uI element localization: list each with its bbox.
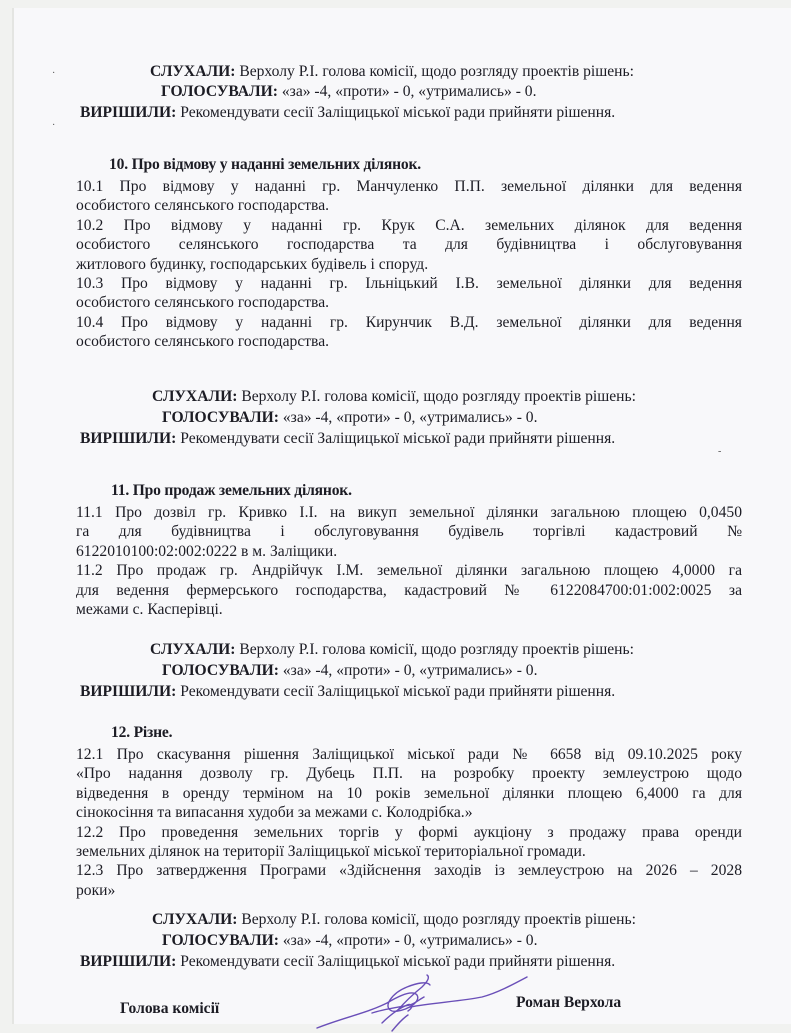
decided-line: ВИРІШИЛИ: Рекомендувати сесії Заліщицько… bbox=[80, 104, 615, 122]
decided-label: ВИРІШИЛИ: bbox=[80, 104, 176, 121]
decided-text: Рекомендувати сесії Заліщицької міської … bbox=[180, 430, 615, 447]
section-line: земельних ділянок на території Заліщицьк… bbox=[76, 842, 742, 861]
voted-text: «за» -4, «проти» - 0, «утримались» - 0. bbox=[283, 662, 538, 679]
heard-label: СЛУХАЛИ: bbox=[152, 388, 237, 405]
section-line: 10.1 Про відмову у наданні гр. Манчуленк… bbox=[76, 177, 742, 196]
heard-label: СЛУХАЛИ: bbox=[150, 63, 235, 80]
heard-text: Верхолу Р.І. голова комісії, щодо розгля… bbox=[241, 388, 636, 405]
section-heading: 11. Про продаж земельних ділянок. bbox=[111, 482, 352, 500]
scan-speck: · bbox=[52, 120, 55, 131]
section-line: 10.4 Про відмову у наданні гр. Кирунчик … bbox=[76, 313, 742, 332]
heard-line: СЛУХАЛИ: Верхолу Р.І. голова комісії, що… bbox=[150, 63, 634, 81]
decided-line: ВИРІШИЛИ: Рекомендувати сесії Заліщицько… bbox=[80, 430, 615, 448]
decided-text: Рекомендувати сесії Заліщицької міської … bbox=[180, 953, 615, 970]
section-body: 12.1 Про скасування рішення Заліщицької … bbox=[76, 745, 742, 900]
decided-line: ВИРІШИЛИ: Рекомендувати сесії Заліщицько… bbox=[80, 953, 615, 971]
section-line: 10.2 Про відмову у наданні гр. Крук С.А.… bbox=[76, 216, 742, 235]
section-line: особистого селянського господарства. bbox=[76, 293, 742, 312]
heard-text: Верхолу Р.І. голова комісії, щодо розгля… bbox=[239, 641, 634, 658]
section-heading: 10. Про відмову у наданні земельних діля… bbox=[109, 156, 421, 174]
section-line: роки» bbox=[76, 881, 742, 900]
heard-line: СЛУХАЛИ: Верхолу Р.І. голова комісії, що… bbox=[150, 641, 634, 659]
voted-line: ГОЛОСУВАЛИ: «за» -4, «проти» - 0, «утрим… bbox=[161, 83, 537, 101]
voted-line: ГОЛОСУВАЛИ: «за» -4, «проти» - 0, «утрим… bbox=[162, 932, 538, 950]
heard-text: Верхолу Р.І. голова комісії, щодо розгля… bbox=[239, 63, 634, 80]
section-body: 11.1 Про дозвіл гр. Кривко І.І. на викуп… bbox=[76, 503, 742, 619]
section-heading: 12. Різне. bbox=[111, 724, 172, 742]
decided-label: ВИРІШИЛИ: bbox=[80, 953, 176, 970]
scan-speck: - bbox=[718, 446, 721, 457]
decided-line: ВИРІШИЛИ: Рекомендувати сесії Заліщицько… bbox=[80, 683, 615, 701]
voted-text: «за» -4, «проти» - 0, «утримались» - 0. bbox=[282, 83, 537, 100]
section-line: 11.2 Про продаж гр. Андрійчук І.М. земел… bbox=[76, 561, 742, 580]
heard-line: СЛУХАЛИ: Верхолу Р.І. голова комісії, що… bbox=[152, 911, 636, 929]
voted-line: ГОЛОСУВАЛИ: «за» -4, «проти» - 0, «утрим… bbox=[162, 409, 538, 427]
section-line: 6122010100:02:002:0222 в м. Заліщики. bbox=[76, 542, 742, 561]
decided-text: Рекомендувати сесії Заліщицької міської … bbox=[180, 683, 615, 700]
section-line: 12.1 Про скасування рішення Заліщицької … bbox=[76, 745, 742, 764]
section-line: особистого селянського господарства та д… bbox=[76, 235, 742, 254]
signature-role: Голова комісії bbox=[120, 1000, 219, 1018]
section-line: 12.2 Про проведення земельних торгів у ф… bbox=[76, 823, 742, 842]
section-line: особистого селянського господарства. bbox=[76, 332, 742, 351]
document-page: СЛУХАЛИ: Верхолу Р.І. голова комісії, що… bbox=[12, 8, 791, 1024]
heard-line: СЛУХАЛИ: Верхолу Р.І. голова комісії, що… bbox=[152, 388, 636, 406]
section-line: га для будівництва і обслуговування буді… bbox=[76, 522, 742, 541]
section-body: 10.1 Про відмову у наданні гр. Манчуленк… bbox=[76, 177, 742, 352]
section-line: відведення в оренду терміном на 10 років… bbox=[76, 784, 742, 803]
section-line: для ведення фермерського господарства, к… bbox=[76, 581, 742, 600]
section-line: 10.3 Про відмову у наданні гр. Ільніцьки… bbox=[76, 274, 742, 293]
decided-text: Рекомендувати сесії Заліщицької міської … bbox=[180, 104, 615, 121]
heard-label: СЛУХАЛИ: bbox=[150, 641, 235, 658]
section-line: особистого селянського господарства. bbox=[76, 196, 742, 215]
voted-text: «за» -4, «проти» - 0, «утримались» - 0. bbox=[283, 932, 538, 949]
section-line: сінокосіння та випасання худоби за межам… bbox=[76, 803, 742, 822]
section-line: «Про надання дозволу гр. Дубець П.П. на … bbox=[76, 764, 742, 783]
section-line: межами с. Касперівці. bbox=[76, 600, 742, 619]
handwritten-signature bbox=[312, 973, 532, 1024]
voted-label: ГОЛОСУВАЛИ: bbox=[161, 83, 278, 100]
heard-label: СЛУХАЛИ: bbox=[152, 911, 237, 928]
scan-speck: · bbox=[52, 68, 55, 79]
heard-text: Верхолу Р.І. голова комісії, щодо розгля… bbox=[241, 911, 636, 928]
voted-line: ГОЛОСУВАЛИ: «за» -4, «проти» - 0, «утрим… bbox=[162, 662, 538, 680]
section-line: житлового будинку, господарських будівел… bbox=[76, 255, 742, 274]
decided-label: ВИРІШИЛИ: bbox=[80, 430, 176, 447]
decided-label: ВИРІШИЛИ: bbox=[80, 683, 176, 700]
voted-label: ГОЛОСУВАЛИ: bbox=[162, 409, 279, 426]
voted-text: «за» -4, «проти» - 0, «утримались» - 0. bbox=[283, 409, 538, 426]
section-line: 12.3 Про затвердження Програми «Здійснен… bbox=[76, 861, 742, 880]
voted-label: ГОЛОСУВАЛИ: bbox=[162, 932, 279, 949]
section-line: 11.1 Про дозвіл гр. Кривко І.І. на викуп… bbox=[76, 503, 742, 522]
voted-label: ГОЛОСУВАЛИ: bbox=[162, 662, 279, 679]
